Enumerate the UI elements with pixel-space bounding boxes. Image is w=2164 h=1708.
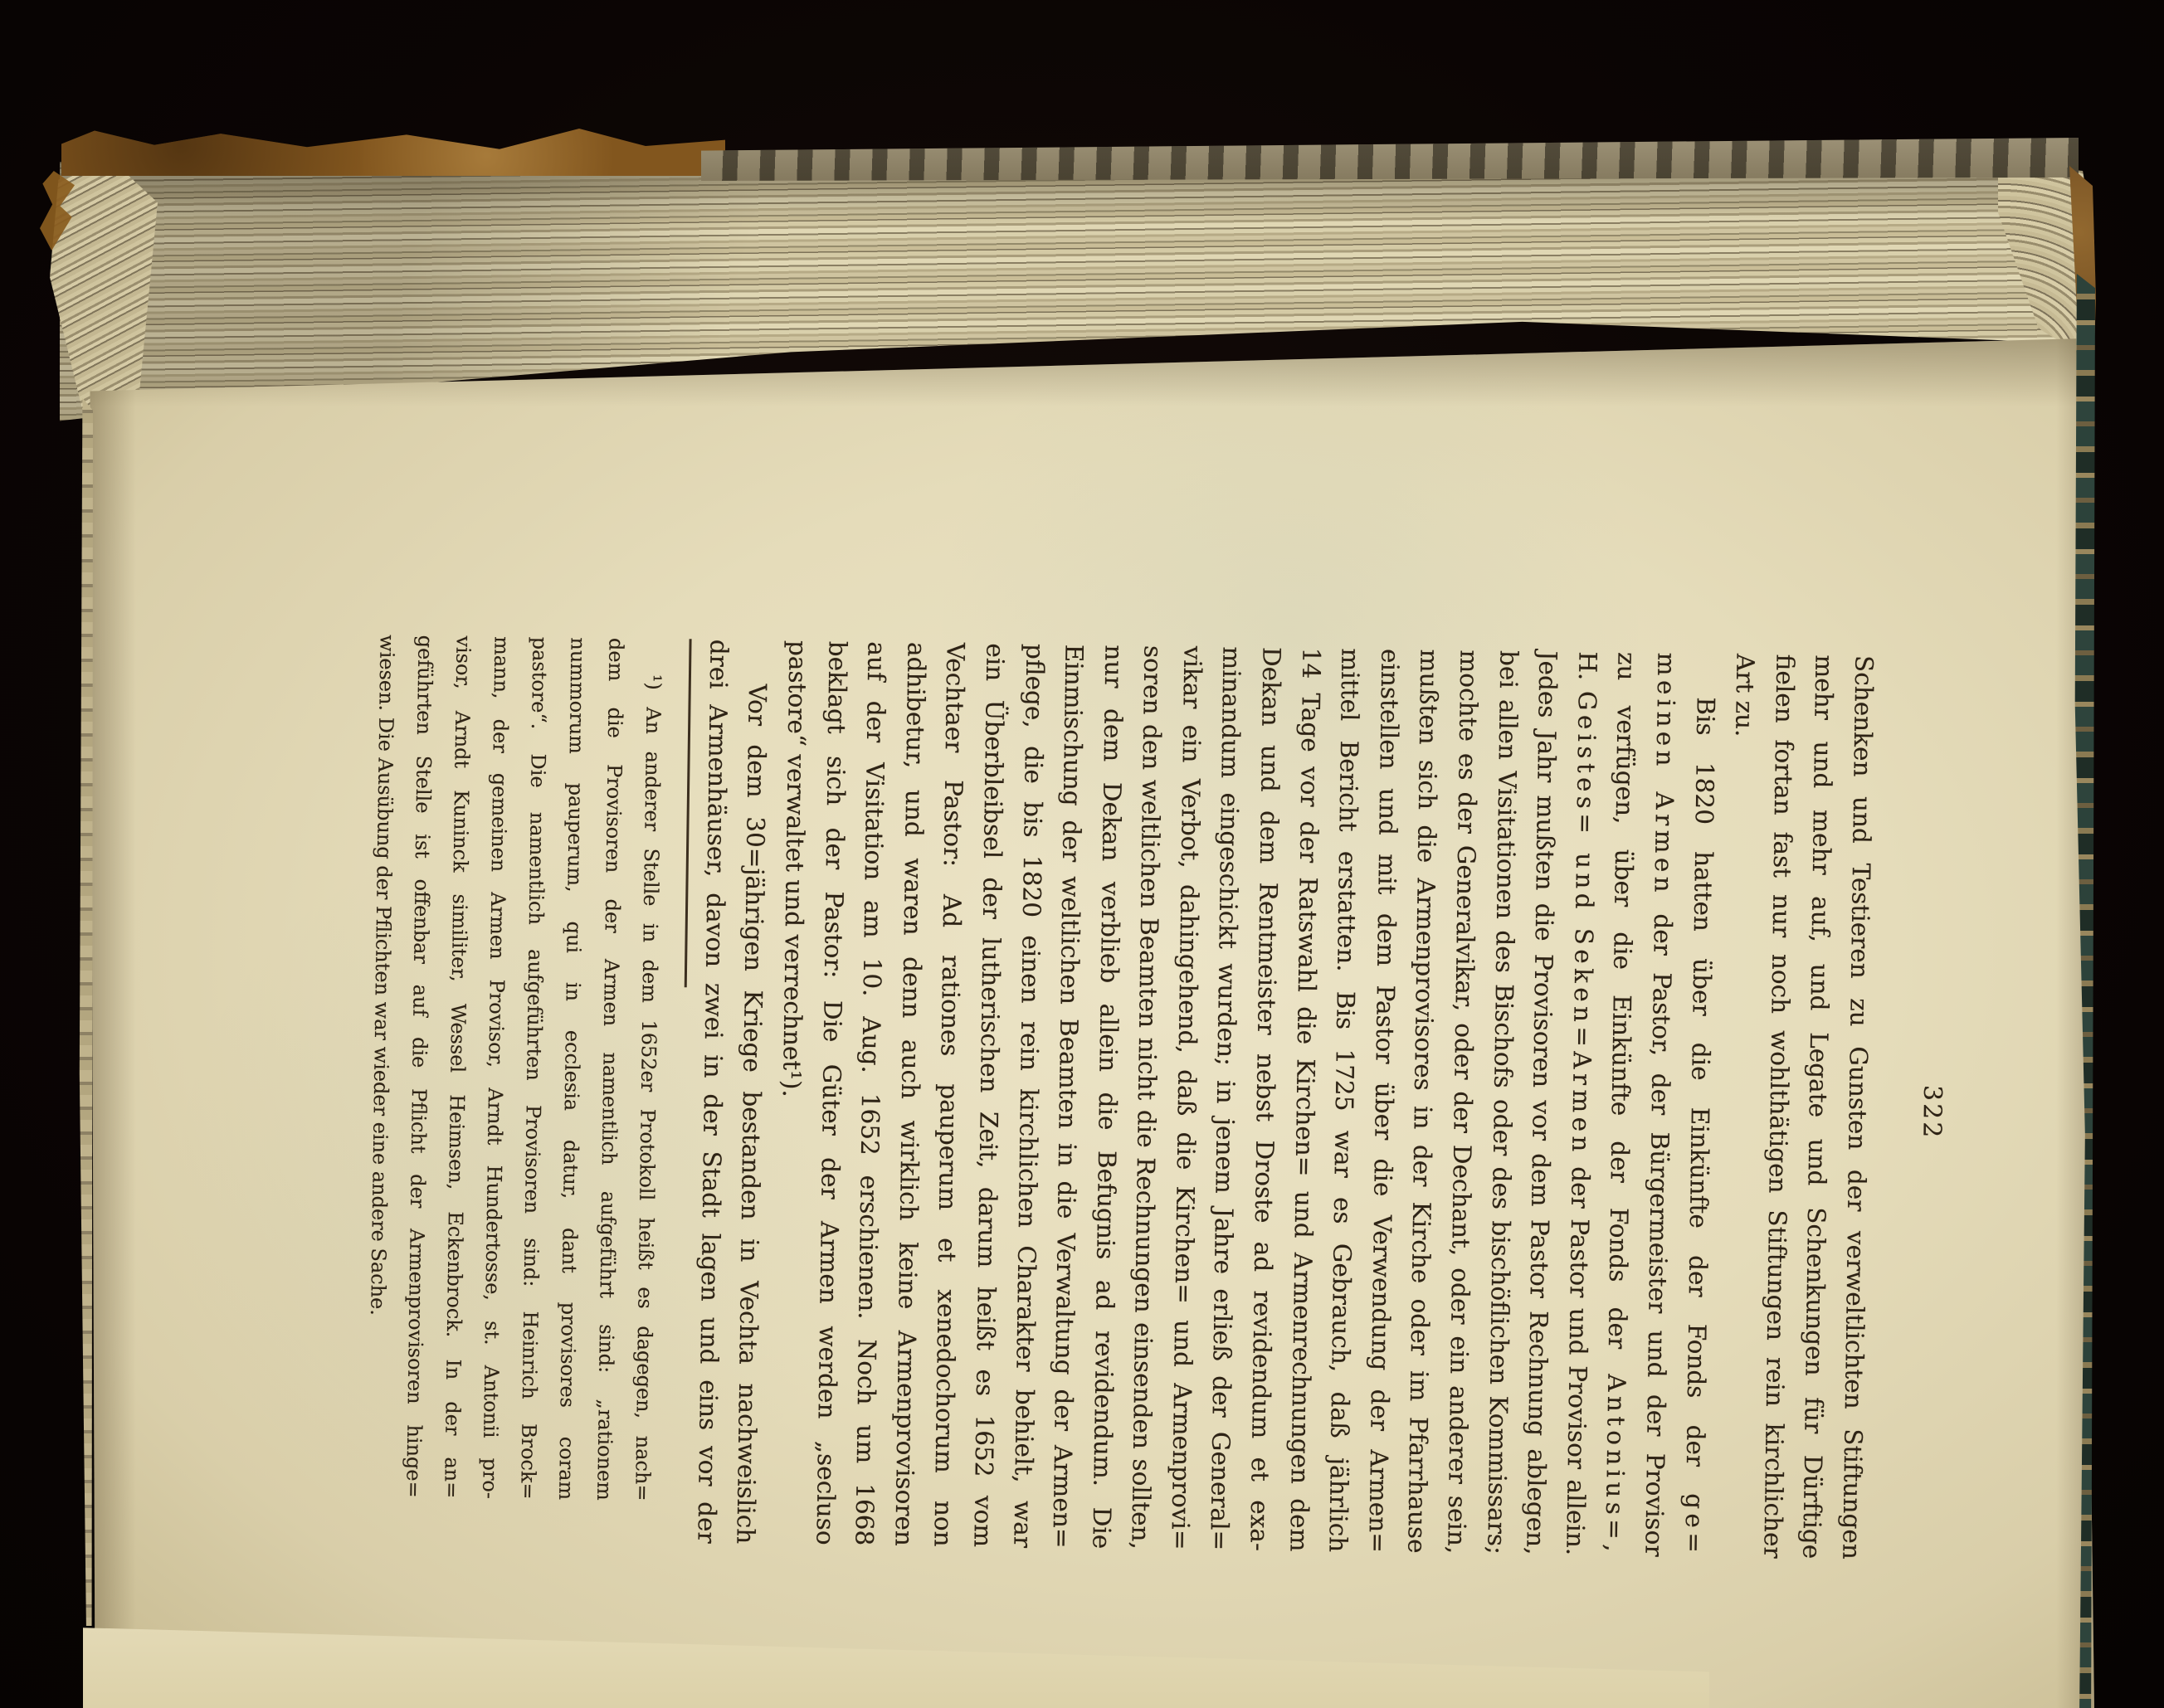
page-block-left-edge bbox=[78, 398, 93, 1626]
footnote-rule bbox=[685, 639, 692, 987]
page-content: 322 Schenken und Testieren zu Gunsten de… bbox=[322, 601, 1983, 1652]
worn-cover-edge-top bbox=[701, 138, 2079, 181]
book-photo: 322 Schenken und Testieren zu Gunsten de… bbox=[0, 0, 2164, 1708]
page-number: 322 bbox=[1911, 660, 1952, 1564]
footnote-text: ¹) An anderer Stelle in dem 1652er Proto… bbox=[356, 635, 673, 1501]
main-text: Schenken und Testieren zu Gunsten der ve… bbox=[686, 639, 1884, 1560]
worn-cover-edge-top-left bbox=[61, 124, 725, 176]
